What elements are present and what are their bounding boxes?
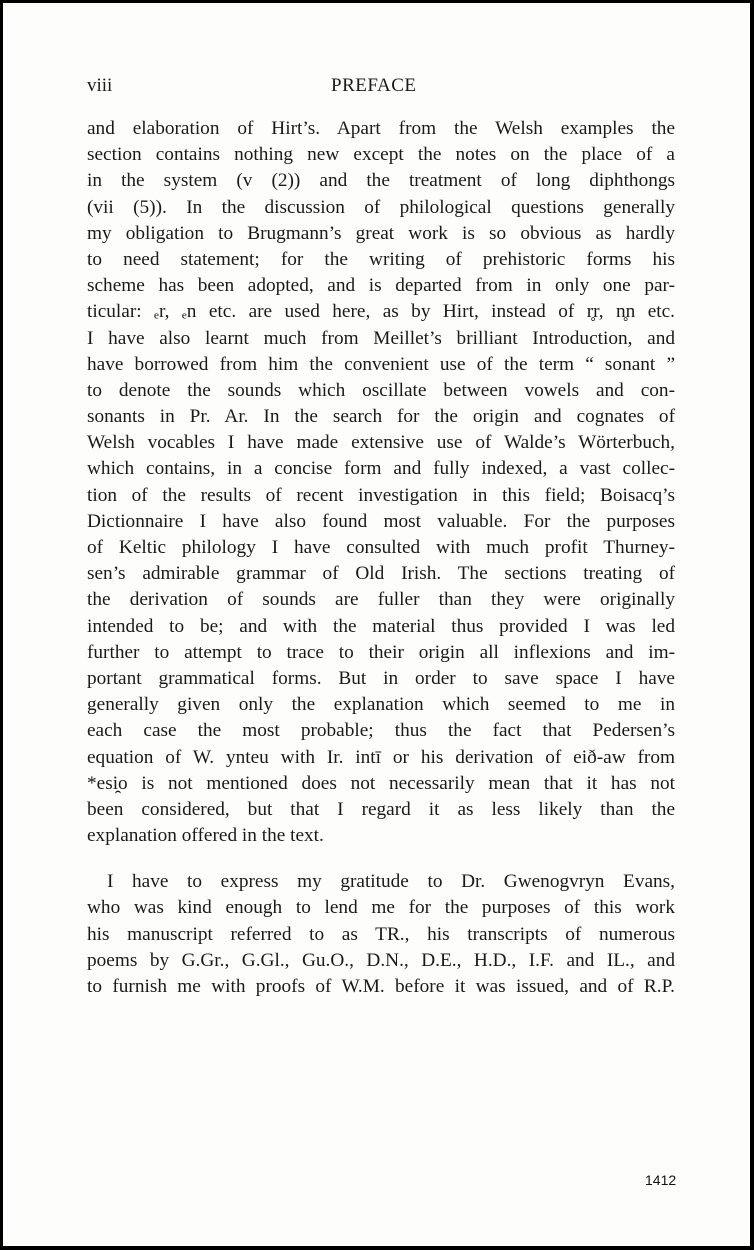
text-line: Dictionnaire I have also found most valu… (87, 509, 675, 535)
page-folio: viii (87, 75, 112, 97)
running-title: PREFACE (331, 75, 417, 97)
text-line: of Keltic philology I have consulted wit… (87, 535, 675, 561)
text-line: sen’s admirable grammar of Old Irish. Th… (87, 561, 675, 587)
text-line: ticular: ₑr, ₑn etc. are used here, as b… (87, 299, 675, 325)
text-line: which contains, in a concise form and fu… (87, 456, 675, 482)
text-line: been considered, but that I regard it as… (87, 797, 675, 823)
text-line: further to attempt to trace to their ori… (87, 640, 675, 666)
paragraph-1: and elaboration of Hirt’s. Apart from th… (87, 116, 675, 849)
text-line: scheme has been adopted, and is departed… (87, 273, 675, 299)
text-line: (vii (5)). In the discussion of philolog… (87, 195, 675, 221)
text-line: poems by G.Gr., G.Gl., Gu.O., D.N., D.E.… (87, 948, 675, 974)
text-line: portant grammatical forms. But in order … (87, 666, 675, 692)
text-line: generally given only the explanation whi… (87, 692, 675, 718)
text-line: tion of the results of recent investigat… (87, 483, 675, 509)
paragraph-gap (87, 849, 675, 869)
text-line: my obligation to Brugmann’s great work i… (87, 221, 675, 247)
text-line: I have also learnt much from Meillet’s b… (87, 326, 675, 352)
body-text: and elaboration of Hirt’s. Apart from th… (87, 116, 675, 1000)
text-line: Welsh vocables I have made extensive use… (87, 430, 675, 456)
text-line: to denote the sounds which oscillate bet… (87, 378, 675, 404)
text-line: and elaboration of Hirt’s. Apart from th… (87, 116, 675, 142)
text-line: section contains nothing new except the … (87, 142, 675, 168)
text-line: sonants in Pr. Ar. In the search for the… (87, 404, 675, 430)
paragraph-2: I have to express my gratitude to Dr. Gw… (87, 869, 675, 1000)
text-line: the derivation of sounds are fuller than… (87, 587, 675, 613)
text-line: equation of W. ynteu with Ir. intī or hi… (87, 745, 675, 771)
scan-page-number: 1412 (645, 1172, 676, 1188)
running-head: viii PREFACE (87, 75, 675, 105)
text-line: I have to express my gratitude to Dr. Gw… (87, 869, 675, 895)
document-page: viii PREFACE and elaboration of Hirt’s. … (0, 0, 754, 1250)
text-line: *esi̯o is not mentioned does not necessa… (87, 771, 675, 797)
text-line: have borrowed from him the convenient us… (87, 352, 675, 378)
text-line: who was kind enough to lend me for the p… (87, 895, 675, 921)
text-line: his manuscript referred to as TR., his t… (87, 922, 675, 948)
text-line: each case the most probable; thus the fa… (87, 718, 675, 744)
text-line: to need statement; for the writing of pr… (87, 247, 675, 273)
text-line: explanation offered in the text. (87, 823, 675, 849)
text-line: intended to be; and with the material th… (87, 614, 675, 640)
text-line: in the system (v (2)) and the treatment … (87, 168, 675, 194)
text-line: to furnish me with proofs of W.M. before… (87, 974, 675, 1000)
